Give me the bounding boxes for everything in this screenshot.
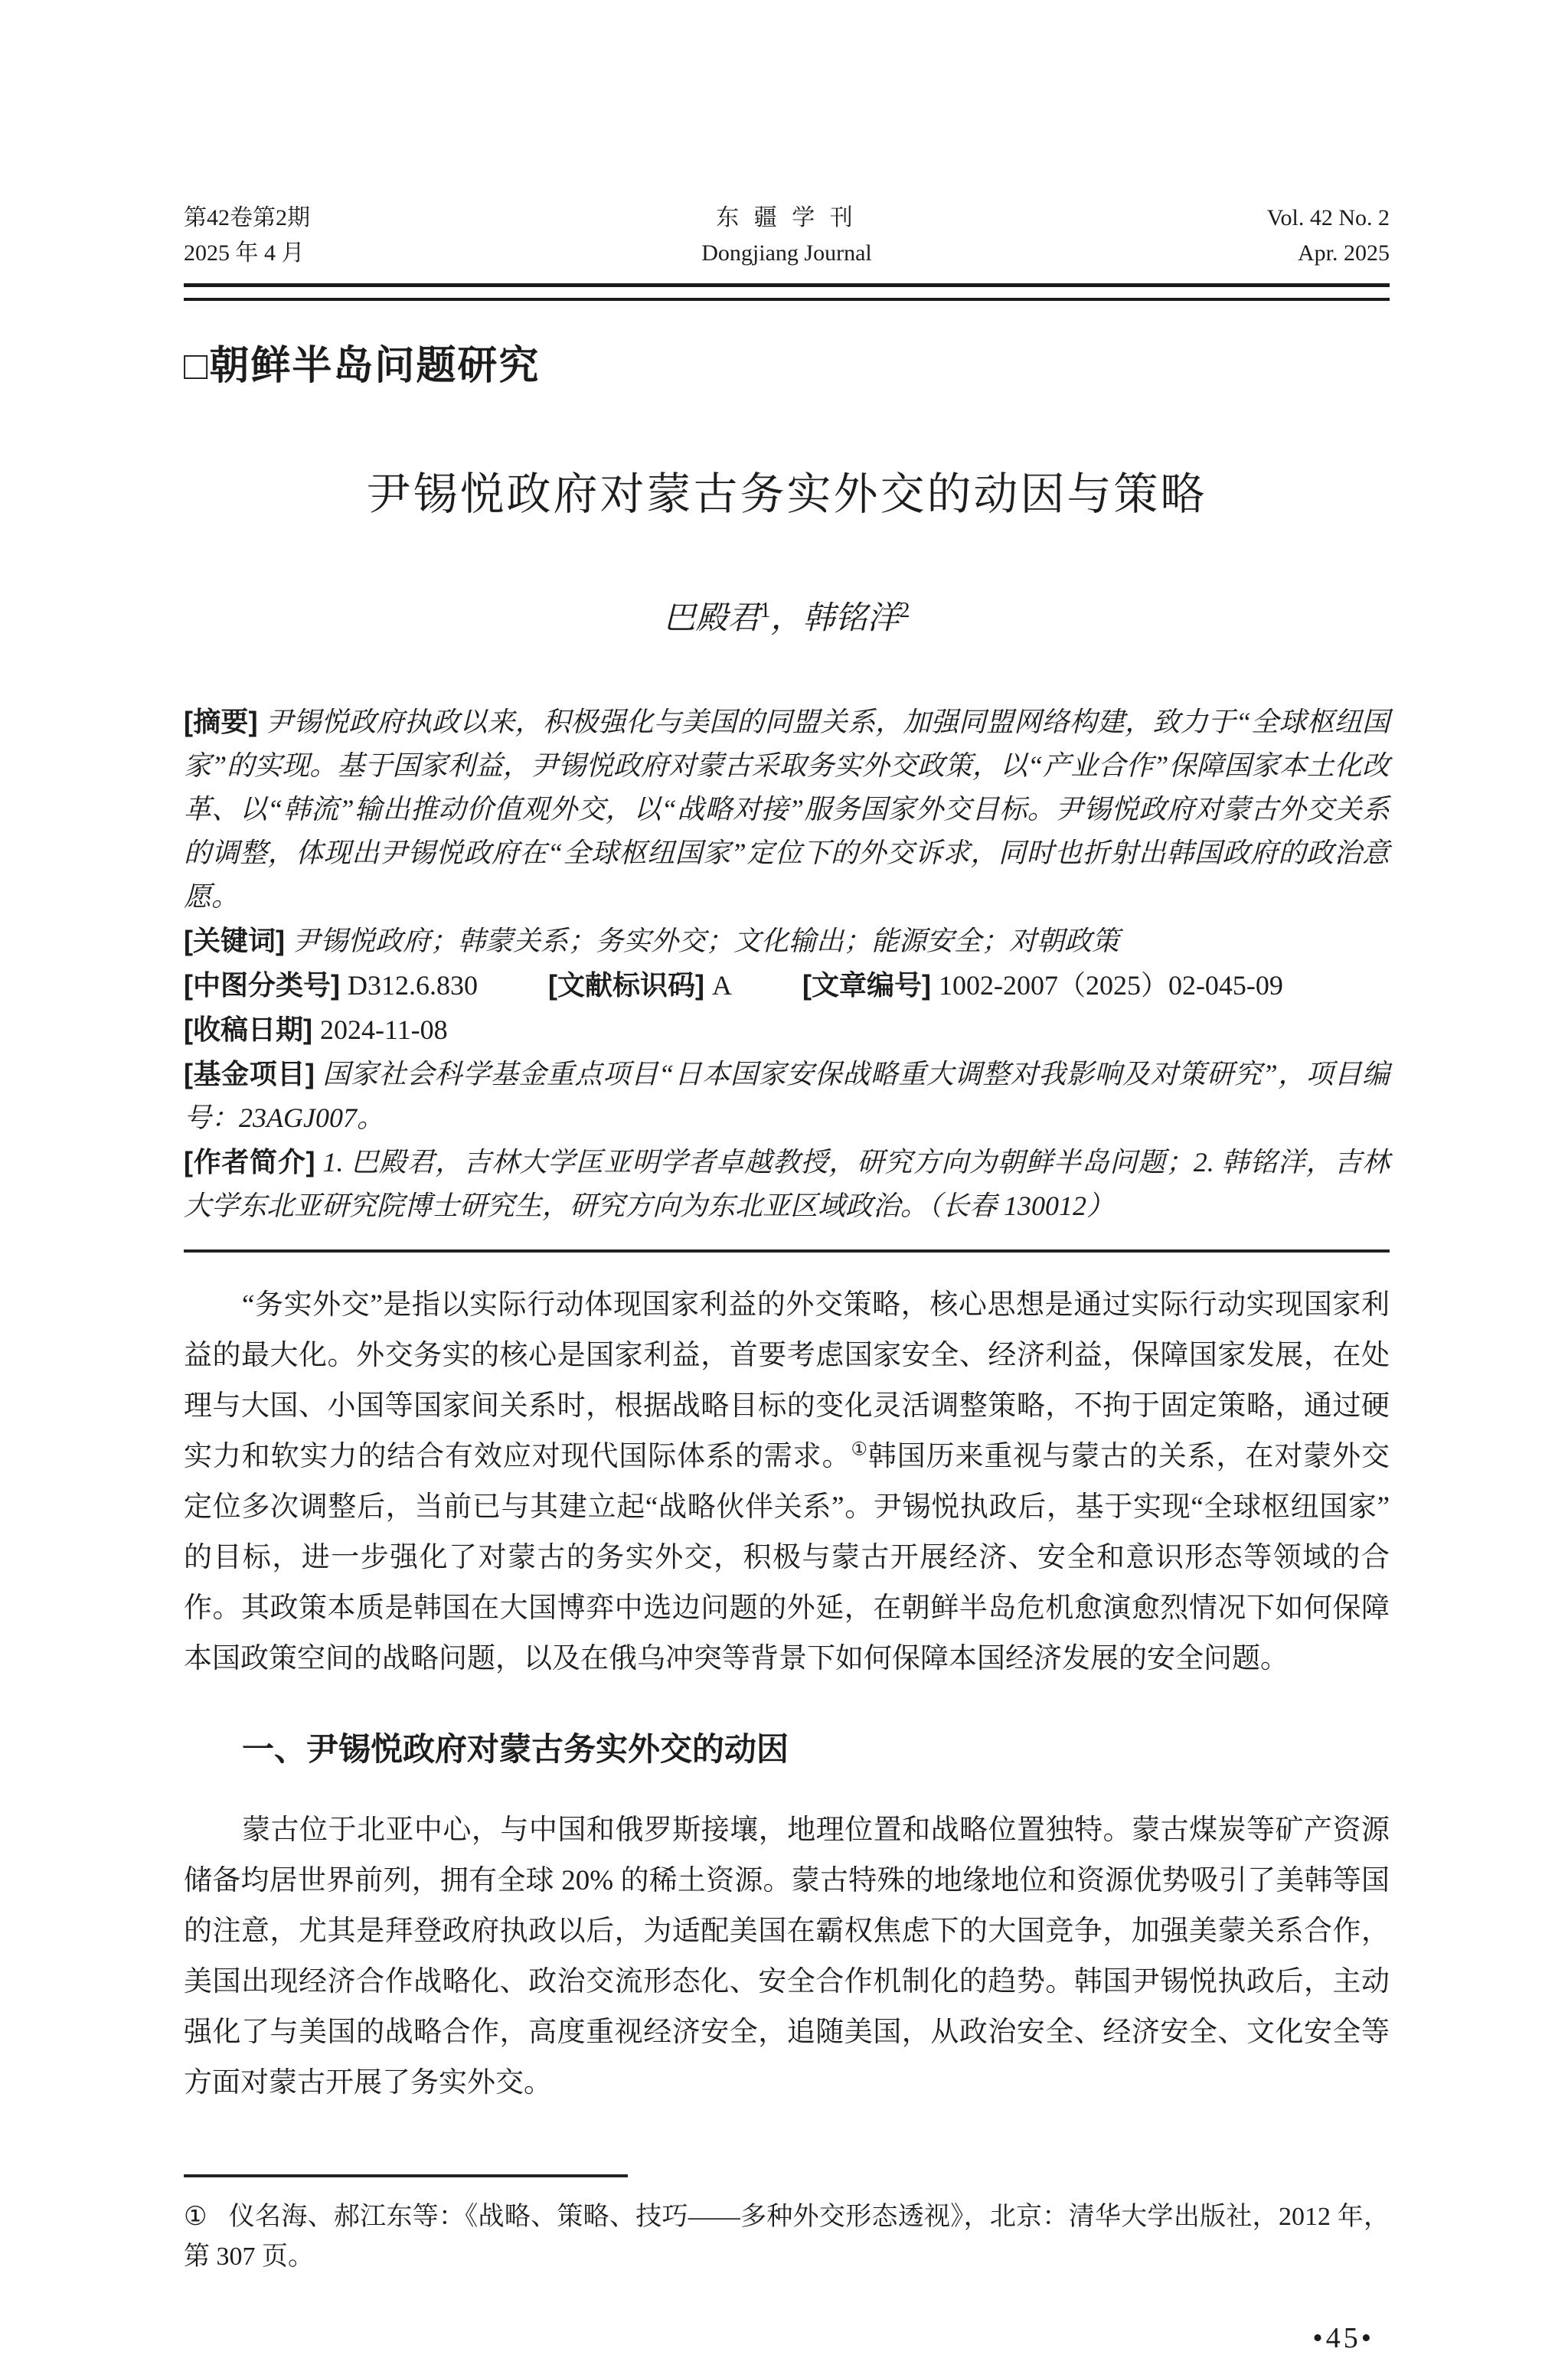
body-paragraph-1: “务实外交”是指以实际行动体现国家利益的外交策略，核心思想是通过实际行动实现国家… (184, 1280, 1390, 1684)
footnote-1-marker: ① (184, 2203, 207, 2231)
clc-value: D312.6.830 (348, 970, 478, 1001)
abstract-label: [摘要] (184, 706, 258, 737)
author-bio-label: [作者简介] (184, 1146, 315, 1177)
abstract-text: 尹锡悦政府执政以来，积极强化与美国的同盟关系，加强同盟网络构建，致力于“全球枢纽… (184, 707, 1390, 912)
article-title: 尹锡悦政府对蒙古务实外交的动因与策略 (184, 458, 1390, 522)
date-cn: 2025 年 4 月 (184, 236, 505, 271)
article-no-item: [文章编号]1002-2007（2025）02-045-09 (802, 970, 1283, 1001)
body-paragraph-1-text-b: 韩国历来重视与蒙古的关系，在对蒙外交定位多次调整后，当前已与其建立起“战略伙伴关… (184, 1441, 1390, 1674)
frontmatter-block: [摘要]尹锡悦政府执政以来，积极强化与美国的同盟关系，加强同盟网络构建，致力于“… (184, 700, 1390, 1228)
section-1-heading: 一、尹锡悦政府对蒙古务实外交的动因 (184, 1724, 1390, 1770)
clc-item: [中图分类号]D312.6.830 (184, 970, 478, 1001)
authors-line: 巴殿君1，韩铭洋2 (184, 593, 1390, 639)
journal-name-cn: 东 疆 学 刊 (505, 201, 1068, 236)
received-date-label: [收稿日期] (184, 1014, 312, 1045)
footnote-1: ①仪名海、郝江东等：《战略、策略、技巧——多种外交形态透视》，北京：清华大学出版… (184, 2197, 1390, 2277)
author-2-name: 韩铭洋 (803, 601, 900, 636)
keywords-label: [关键词] (184, 925, 285, 956)
date-en: Apr. 2025 (1068, 236, 1390, 271)
keywords-text: 尹锡悦政府；韩蒙关系；务实外交；文化输出；能源安全；对朝政策 (292, 926, 1119, 956)
doc-code-item: [文献标识码]A (548, 970, 732, 1001)
authors-separator: ， (770, 601, 802, 636)
journal-header: 第42卷第2期 2025 年 4 月 东 疆 学 刊 Dongjiang Jou… (184, 201, 1390, 271)
volume-issue-cn: 第42卷第2期 (184, 201, 505, 236)
author-1-superscript: 1 (759, 599, 770, 622)
journal-name-en: Dongjiang Journal (505, 236, 1068, 271)
author-1-name: 巴殿君 (663, 601, 759, 636)
fund-text: 国家社会科学基金重点项目“日本国家安保战略重大调整对我影响及对策研究”，项目编号… (184, 1059, 1390, 1133)
footnote-1-text: 仪名海、郝江东等：《战略、策略、技巧——多种外交形态透视》，北京：清华大学出版社… (184, 2203, 1390, 2271)
author-bio-text: 1. 巴殿君，吉林大学匡亚明学者卓越教授，研究方向为朝鲜半岛问题；2. 韩铭洋，… (184, 1147, 1390, 1221)
author-2-superscript: 2 (900, 599, 910, 622)
article-no-label: [文章编号] (802, 969, 931, 1001)
footnote-divider (184, 2174, 628, 2177)
column-section-label: □朝鲜半岛问题研究 (184, 333, 1390, 390)
footnote-reference-mark: ① (851, 1440, 867, 1460)
header-issue-info-en: Vol. 42 No. 2 Apr. 2025 (1068, 201, 1390, 271)
page-number: •45• (184, 2321, 1390, 2355)
fund-paragraph: [基金项目]国家社会科学基金重点项目“日本国家安保战略重大调整对我影响及对策研究… (184, 1052, 1390, 1140)
clc-label: [中图分类号] (184, 969, 340, 1001)
fund-label: [基金项目] (184, 1058, 315, 1089)
keywords-paragraph: [关键词]尹锡悦政府；韩蒙关系；务实外交；文化输出；能源安全；对朝政策 (184, 919, 1390, 963)
author-bio-paragraph: [作者简介]1. 巴殿君，吉林大学匡亚明学者卓越教授，研究方向为朝鲜半岛问题；2… (184, 1140, 1390, 1228)
header-issue-info: 第42卷第2期 2025 年 4 月 (184, 201, 505, 271)
received-date-row: [收稿日期]2024-11-08 (184, 1008, 1390, 1052)
article-no-value: 1002-2007（2025）02-045-09 (939, 970, 1283, 1001)
frontmatter-divider (184, 1249, 1390, 1253)
classification-row: [中图分类号]D312.6.830[文献标识码]A[文章编号]1002-2007… (184, 963, 1390, 1008)
doc-code-value: A (712, 970, 732, 1001)
body-paragraph-2: 蒙古位于北亚中心，与中国和俄罗斯接壤，地理位置和战略位置独特。蒙古煤炭等矿产资源… (184, 1805, 1390, 2108)
header-divider (184, 283, 1390, 301)
received-date-value: 2024-11-08 (320, 1014, 448, 1045)
volume-issue-en: Vol. 42 No. 2 (1068, 201, 1390, 236)
journal-page: 第42卷第2期 2025 年 4 月 东 疆 学 刊 Dongjiang Jou… (0, 0, 1568, 2217)
header-journal-name: 东 疆 学 刊 Dongjiang Journal (505, 201, 1068, 271)
abstract-paragraph: [摘要]尹锡悦政府执政以来，积极强化与美国的同盟关系，加强同盟网络构建，致力于“… (184, 700, 1390, 919)
article-body: “务实外交”是指以实际行动体现国家利益的外交策略，核心思想是通过实际行动实现国家… (184, 1280, 1390, 2108)
footnote-area: ①仪名海、郝江东等：《战略、策略、技巧——多种外交形态透视》，北京：清华大学出版… (184, 2174, 1390, 2355)
doc-code-label: [文献标识码] (548, 969, 704, 1001)
